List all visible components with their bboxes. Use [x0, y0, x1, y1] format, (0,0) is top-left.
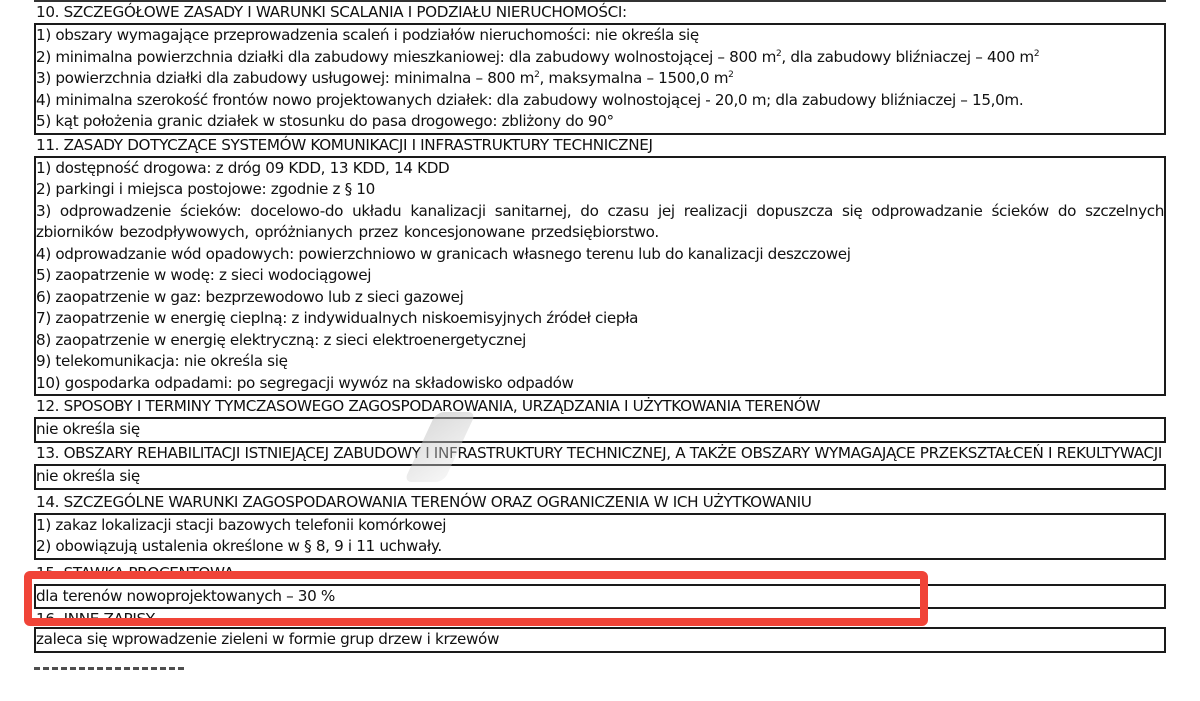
section-14-heading: 14. SZCZEGÓLNE WARUNKI ZAGOSPODAROWANIA …: [34, 492, 1166, 513]
list-item: dla terenów nowoprojektowanych – 30 %: [36, 586, 1164, 608]
list-item: 10) gospodarka odpadami: po segregacji w…: [36, 373, 1164, 395]
section-13-heading: 13. OBSZARY REHABILITACJI ISTNIEJĄCEJ ZA…: [34, 443, 1166, 465]
list-item: 6) zaopatrzenie w gaz: bezprzewodowo lub…: [36, 287, 1164, 309]
list-item: nie określa się: [36, 419, 1164, 441]
list-item: 2) obowiązują ustalenia określone w § 8,…: [36, 536, 1164, 558]
section-16-heading: 16. INNE ZAPISY: [34, 609, 1166, 627]
list-item: 2) parkingi i miejsca postojowe: zgodnie…: [36, 179, 1164, 201]
list-item: 2) minimalna powierzchnia działki dla za…: [36, 47, 1164, 69]
cropped-next-heading: [34, 666, 234, 672]
document-page: 10. SZCZEGÓŁOWE ZASADY I WARUNKI SCALANI…: [34, 0, 1166, 653]
list-item: 1) obszary wymagające przeprowadzenia sc…: [36, 25, 1164, 47]
list-item: 3) powierzchnia działki dla zabudowy usł…: [36, 68, 1164, 90]
list-item: 8) zaopatrzenie w energię elektryczną: z…: [36, 330, 1164, 352]
list-item: 4) odprowadzanie wód opadowych: powierzc…: [36, 244, 1164, 266]
list-item: 3) odprowadzenie ścieków: docelowo-do uk…: [36, 201, 1164, 244]
section-15-heading: 15. STAWKA PROCENTOWA: [34, 563, 1166, 584]
section-10-heading: 10. SZCZEGÓŁOWE ZASADY I WARUNKI SCALANI…: [34, 2, 1166, 23]
list-item: 5) kąt położenia granic działek w stosun…: [36, 111, 1164, 133]
section-11-heading: 11. ZASADY DOTYCZĄCE SYSTEMÓW KOMUNIKACJ…: [34, 135, 1166, 156]
list-item: 1) zakaz lokalizacji stacji bazowych tel…: [36, 515, 1164, 537]
section-12-heading: 12. SPOSOBY I TERMINY TYMCZASOWEGO ZAGOS…: [34, 396, 1166, 417]
section-11-box: 1) dostępność drogowa: z dróg 09 KDD, 13…: [34, 156, 1166, 397]
section-15-box: dla terenów nowoprojektowanych – 30 %: [34, 584, 1166, 610]
list-item: zaleca się wprowadzenie zieleni w formie…: [36, 629, 1164, 651]
list-item: nie określa się: [36, 466, 1164, 488]
list-item: 5) zaopatrzenie w wodę: z sieci wodociąg…: [36, 265, 1164, 287]
section-12-box: nie określa się: [34, 417, 1166, 443]
list-item: 7) zaopatrzenie w energię cieplną: z ind…: [36, 308, 1164, 330]
section-13-box: nie określa się: [34, 464, 1166, 490]
list-item: 4) minimalna szerokość frontów nowo proj…: [36, 90, 1164, 112]
list-item: 9) telekomunikacja: nie określa się: [36, 351, 1164, 373]
section-14-box: 1) zakaz lokalizacji stacji bazowych tel…: [34, 513, 1166, 560]
section-10-box: 1) obszary wymagające przeprowadzenia sc…: [34, 23, 1166, 135]
list-item: 1) dostępność drogowa: z dróg 09 KDD, 13…: [36, 158, 1164, 180]
section-16-box: zaleca się wprowadzenie zieleni w formie…: [34, 627, 1166, 653]
